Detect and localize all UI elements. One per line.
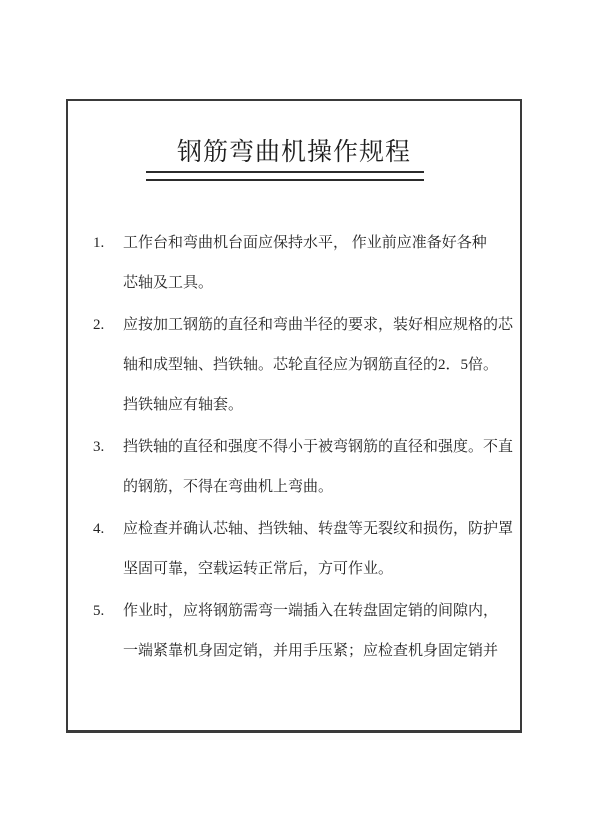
item-number: 5. <box>93 591 121 631</box>
item-line: 挡铁轴的直径和强度不得小于被弯钢筋的直径和强度。不直 <box>123 427 520 467</box>
title-block: 钢筋弯曲机操作规程 <box>68 139 520 181</box>
document-page: 钢筋弯曲机操作规程 1. 工作台和弯曲机台面应保持水平， 作业前应准备好各种芯轴… <box>66 99 522 733</box>
item-line: 应按加工钢筋的直径和弯曲半径的要求，装好相应规格的芯 <box>123 305 520 345</box>
item-number: 3. <box>93 427 121 467</box>
list-item: 1. 工作台和弯曲机台面应保持水平， 作业前应准备好各种芯轴及工具。 <box>93 223 520 303</box>
list-item: 3. 挡铁轴的直径和强度不得小于被弯钢筋的直径和强度。不直的钢筋，不得在弯曲机上… <box>93 427 520 507</box>
item-line: 轴和成型轴、挡铁轴。芯轮直径应为钢筋直径的2．5倍。 <box>123 345 520 385</box>
list-item: 4. 应检查并确认芯轴、挡铁轴、转盘等无裂纹和损伤，防护罩坚固可靠，空载运转正常… <box>93 509 520 589</box>
item-number: 2. <box>93 305 121 345</box>
item-lines: 应检查并确认芯轴、挡铁轴、转盘等无裂纹和损伤，防护罩坚固可靠，空载运转正常后，方… <box>123 509 520 589</box>
procedure-list: 1. 工作台和弯曲机台面应保持水平， 作业前应准备好各种芯轴及工具。 2. 应按… <box>68 223 520 671</box>
item-line: 作业时，应将钢筋需弯一端插入在转盘固定销的间隙内， <box>123 591 520 631</box>
title-underline <box>146 171 424 181</box>
item-lines: 应按加工钢筋的直径和弯曲半径的要求，装好相应规格的芯轴和成型轴、挡铁轴。芯轮直径… <box>123 305 520 425</box>
item-number: 4. <box>93 509 121 549</box>
item-lines: 工作台和弯曲机台面应保持水平， 作业前应准备好各种芯轴及工具。 <box>123 223 520 303</box>
item-line: 工作台和弯曲机台面应保持水平， 作业前应准备好各种 <box>123 223 520 263</box>
item-line: 应检查并确认芯轴、挡铁轴、转盘等无裂纹和损伤，防护罩 <box>123 509 520 549</box>
item-line: 的钢筋，不得在弯曲机上弯曲。 <box>123 467 520 507</box>
item-line: 芯轴及工具。 <box>123 263 520 303</box>
list-item: 2. 应按加工钢筋的直径和弯曲半径的要求，装好相应规格的芯轴和成型轴、挡铁轴。芯… <box>93 305 520 425</box>
item-lines: 作业时，应将钢筋需弯一端插入在转盘固定销的间隙内，一端紧靠机身固定销，并用手压紧… <box>123 591 520 671</box>
scanned-document: { "document": { "title": "钢筋弯曲机操作规程", "i… <box>0 0 590 835</box>
item-line: 挡铁轴应有轴套。 <box>123 385 520 425</box>
item-line: 坚固可靠，空载运转正常后，方可作业。 <box>123 549 520 589</box>
item-line: 一端紧靠机身固定销，并用手压紧；应检查机身固定销并 <box>123 631 520 671</box>
page-title: 钢筋弯曲机操作规程 <box>68 139 520 167</box>
item-lines: 挡铁轴的直径和强度不得小于被弯钢筋的直径和强度。不直的钢筋，不得在弯曲机上弯曲。 <box>123 427 520 507</box>
item-number: 1. <box>93 223 121 263</box>
list-item: 5. 作业时，应将钢筋需弯一端插入在转盘固定销的间隙内，一端紧靠机身固定销，并用… <box>93 591 520 671</box>
